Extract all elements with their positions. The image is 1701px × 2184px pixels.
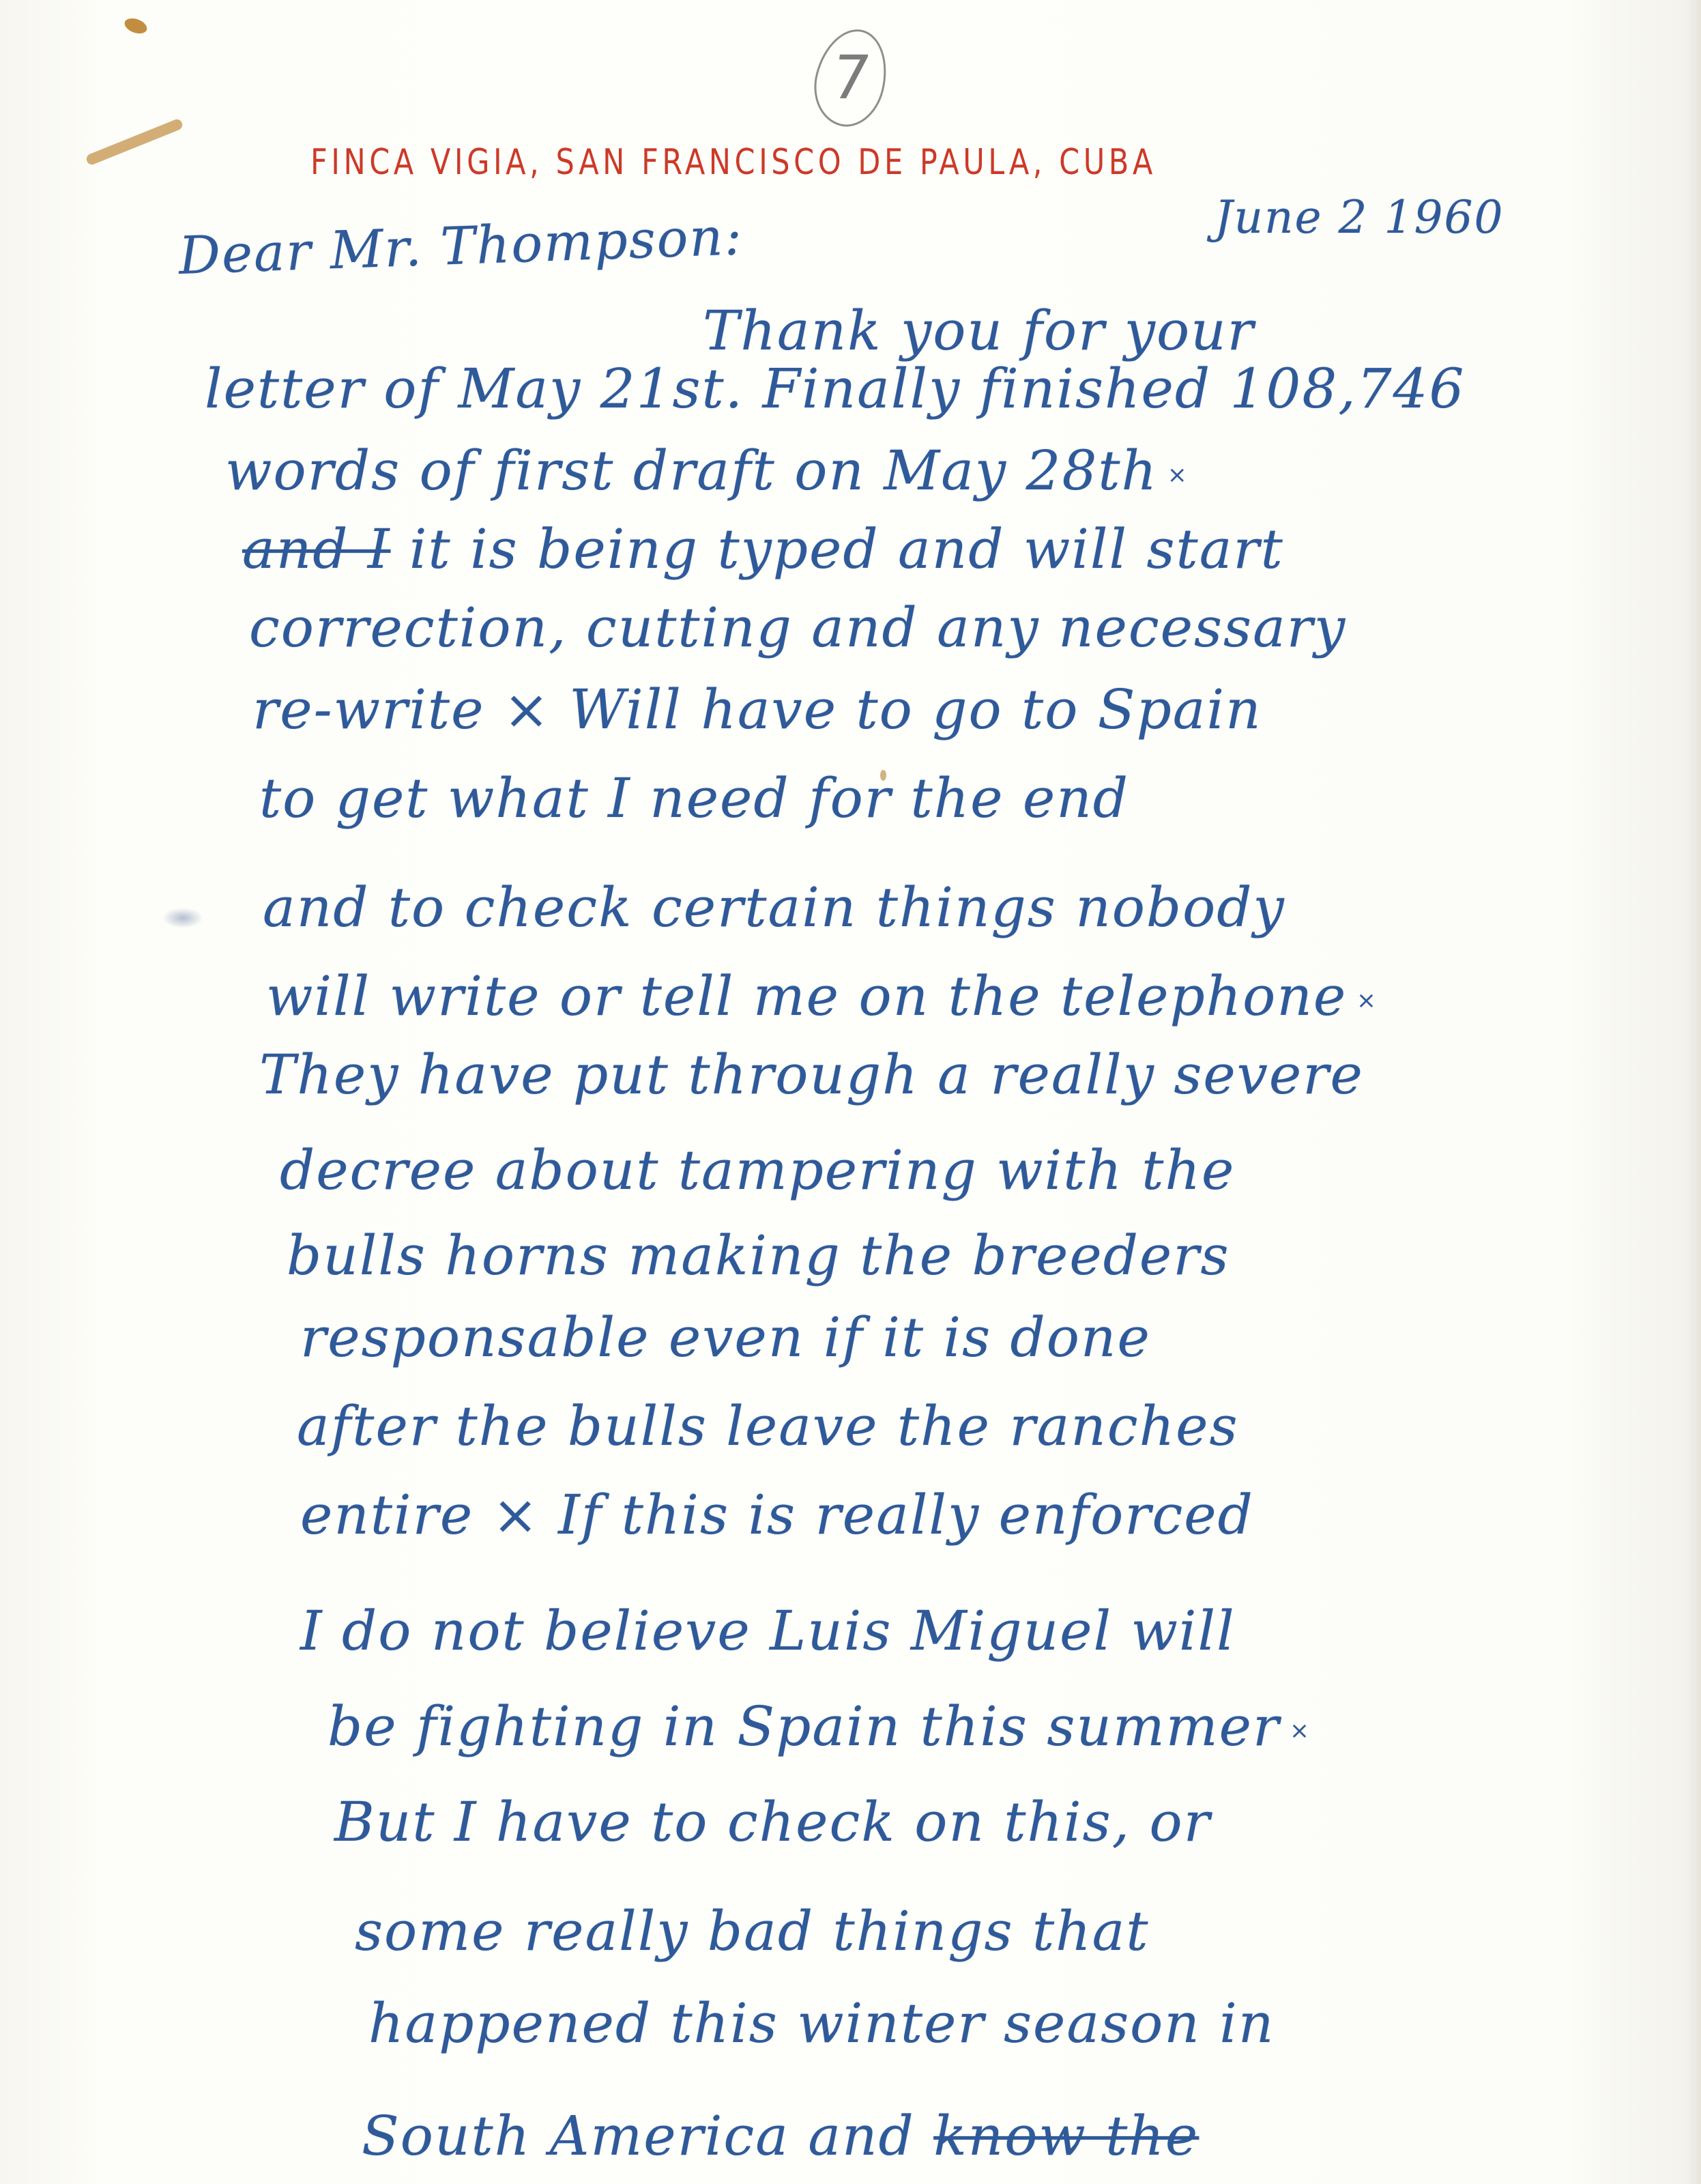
body-line-5: correction, cutting and any necessary bbox=[249, 601, 1346, 655]
page-number-text: 7 bbox=[825, 31, 876, 125]
body-line-6: re-write × Will have to go to Spain bbox=[252, 682, 1262, 737]
line-text: bulls horns making the breeders bbox=[287, 1224, 1230, 1287]
line-text: words of first draft on May 28th bbox=[225, 439, 1158, 502]
line-text: But I have to check on this, or bbox=[334, 1790, 1211, 1854]
body-line-7: to get what I need for the end bbox=[259, 771, 1129, 826]
line-text: correction, cutting and any necessary bbox=[249, 596, 1346, 659]
sentence-mark: × bbox=[1356, 987, 1378, 1014]
line-text: happened this winter season in bbox=[368, 1992, 1275, 2055]
line-text: South America and bbox=[362, 2104, 933, 2168]
line-text: responsable even if it is done bbox=[300, 1306, 1151, 1369]
line-text: letter of May 21st. Finally finished 108… bbox=[205, 357, 1465, 420]
body-line-2: letter of May 21st. Finally finished 108… bbox=[205, 362, 1465, 416]
body-line-12: bulls horns making the breeders bbox=[287, 1228, 1230, 1283]
body-line-15: entire × If this is really enforced bbox=[300, 1488, 1254, 1542]
line-text: I do not believe Luis Miguel will bbox=[300, 1599, 1236, 1663]
ink-smudge bbox=[162, 908, 203, 928]
letter-date: June 2 1960 bbox=[1215, 191, 1504, 244]
letterhead: FINCA VIGIA, SAN FRANCISCO DE PAULA, CUB… bbox=[310, 142, 1293, 183]
body-line-11: decree about tampering with the bbox=[280, 1143, 1235, 1198]
line-text: entire × If this is really enforced bbox=[300, 1483, 1254, 1547]
struck-text: know the bbox=[933, 2104, 1199, 2168]
sentence-mark: × bbox=[1167, 461, 1189, 489]
body-line-3: words of first draft on May 28th× bbox=[225, 444, 1189, 498]
body-line-13: responsable even if it is done bbox=[300, 1310, 1151, 1365]
body-line-8: and to check certain things nobody bbox=[263, 880, 1285, 935]
paper-edge-shadow bbox=[1686, 0, 1701, 2184]
body-line-10: They have put through a really severe bbox=[259, 1048, 1364, 1102]
body-line-1: Thank you for your bbox=[703, 304, 1255, 358]
body-line-21: South America and know the bbox=[362, 2109, 1199, 2164]
struck-text: and I bbox=[242, 517, 390, 581]
line-text: some really bad things that bbox=[355, 1899, 1149, 1963]
line-text: will write or tell me on the telephone bbox=[266, 964, 1347, 1028]
body-line-18: But I have to check on this, or bbox=[334, 1795, 1211, 1850]
body-line-9: will write or tell me on the telephone× bbox=[266, 969, 1378, 1024]
line-text: re-write × Will have to go to Spain bbox=[252, 678, 1262, 741]
body-line-16: I do not believe Luis Miguel will bbox=[300, 1604, 1236, 1658]
sentence-mark: × bbox=[1290, 1717, 1311, 1744]
body-line-20: happened this winter season in bbox=[368, 1996, 1275, 2051]
line-text: They have put through a really severe bbox=[259, 1043, 1364, 1106]
body-line-4: and I it is being typed and will start bbox=[242, 522, 1284, 577]
line-text: decree about tampering with the bbox=[280, 1138, 1235, 1202]
line-text: after the bulls leave the ranches bbox=[297, 1394, 1239, 1458]
line-text: it is being typed and will start bbox=[390, 517, 1283, 581]
line-text: be fighting in Spain this summer bbox=[328, 1695, 1280, 1758]
line-text: Thank you for your bbox=[703, 299, 1255, 362]
body-line-19: some really bad things that bbox=[355, 1904, 1149, 1959]
line-text: to get what I need for the end bbox=[259, 766, 1129, 830]
body-line-17: be fighting in Spain this summer× bbox=[328, 1699, 1311, 1754]
body-line-14: after the bulls leave the ranches bbox=[297, 1399, 1239, 1454]
line-text: and to check certain things nobody bbox=[263, 876, 1285, 939]
